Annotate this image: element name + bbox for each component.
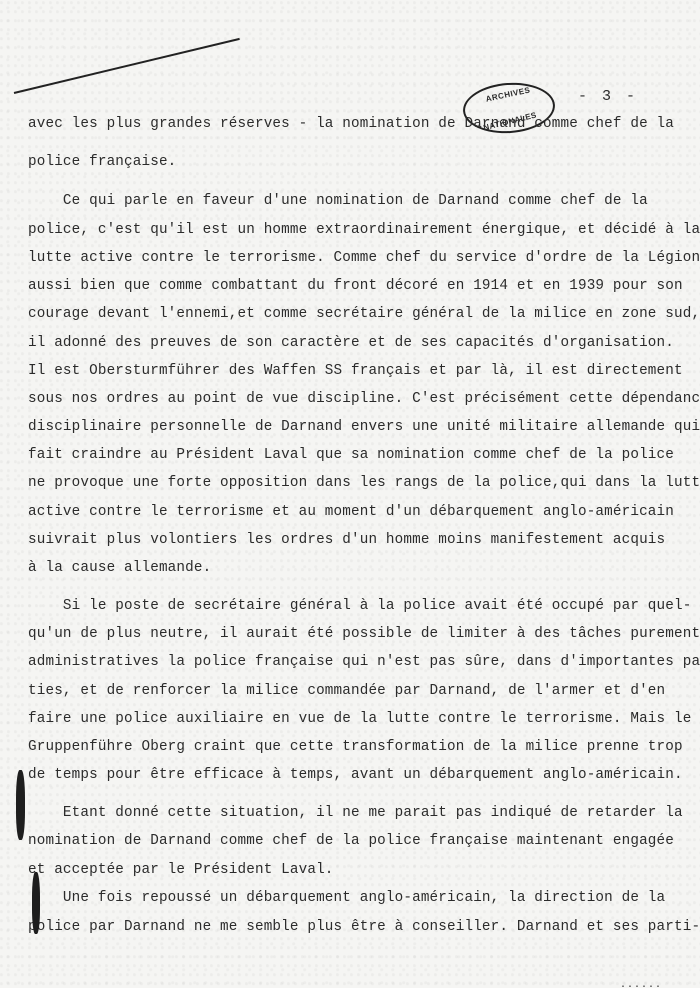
text-line: police française. [28, 154, 176, 170]
text-line: Si le poste de secrétaire général à la p… [28, 598, 691, 614]
text-line: courage devant l'ennemi,et comme secréta… [28, 306, 700, 322]
text-line: active contre le terrorisme et au moment… [28, 504, 674, 520]
text-line: police, c'est qu'il est un homme extraor… [28, 222, 700, 238]
text-line: disciplinaire personnelle de Darnand env… [28, 419, 700, 435]
text-line: Une fois repoussé un débarquement anglo-… [28, 890, 665, 906]
page-number: - 3 - [578, 88, 638, 105]
document-page: ARCHIVES NATIONALES - 3 - avec les plus … [0, 0, 700, 988]
text-line: de temps pour être efficace à temps, ava… [28, 767, 683, 783]
text-line: à la cause allemande. [28, 560, 211, 576]
text-line: suivrait plus volontiers les ordres d'un… [28, 532, 665, 548]
text-line: il adonné des preuves de son caractère e… [28, 335, 674, 351]
text-line: ties, et de renforcer la milice commandé… [28, 683, 665, 699]
text-line: Gruppenführe Oberg craint que cette tran… [28, 739, 683, 755]
handwritten-strike-line [14, 38, 240, 94]
text-line: administratives la police française qui … [28, 654, 700, 670]
margin-mark-left-2 [32, 872, 40, 934]
text-line: faire une police auxiliaire en vue de la… [28, 711, 691, 727]
text-line: lutte active contre le terrorisme. Comme… [28, 250, 700, 266]
text-line: aussi bien que comme combattant du front… [28, 278, 683, 294]
text-line: et acceptée par le Président Laval. [28, 862, 334, 878]
footer-marks: ...... [620, 980, 662, 988]
text-line: avec les plus grandes réserves - la nomi… [28, 116, 674, 132]
stamp-top-text: ARCHIVES [464, 81, 552, 108]
text-line: sous nos ordres au point de vue discipli… [28, 391, 700, 407]
margin-mark-left [16, 770, 25, 840]
text-line: Ce qui parle en faveur d'une nomination … [28, 193, 648, 209]
text-line: ne provoque une forte opposition dans le… [28, 475, 700, 491]
text-line: nomination de Darnand comme chef de la p… [28, 833, 674, 849]
text-line: Etant donné cette situation, il ne me pa… [28, 805, 683, 821]
text-line: Il est Obersturmführer des Waffen SS fra… [28, 363, 683, 379]
text-line: police par Darnand ne me semble plus êtr… [28, 919, 700, 935]
text-line: fait craindre au Président Laval que sa … [28, 447, 674, 463]
text-line: qu'un de plus neutre, il aurait été poss… [28, 626, 700, 642]
